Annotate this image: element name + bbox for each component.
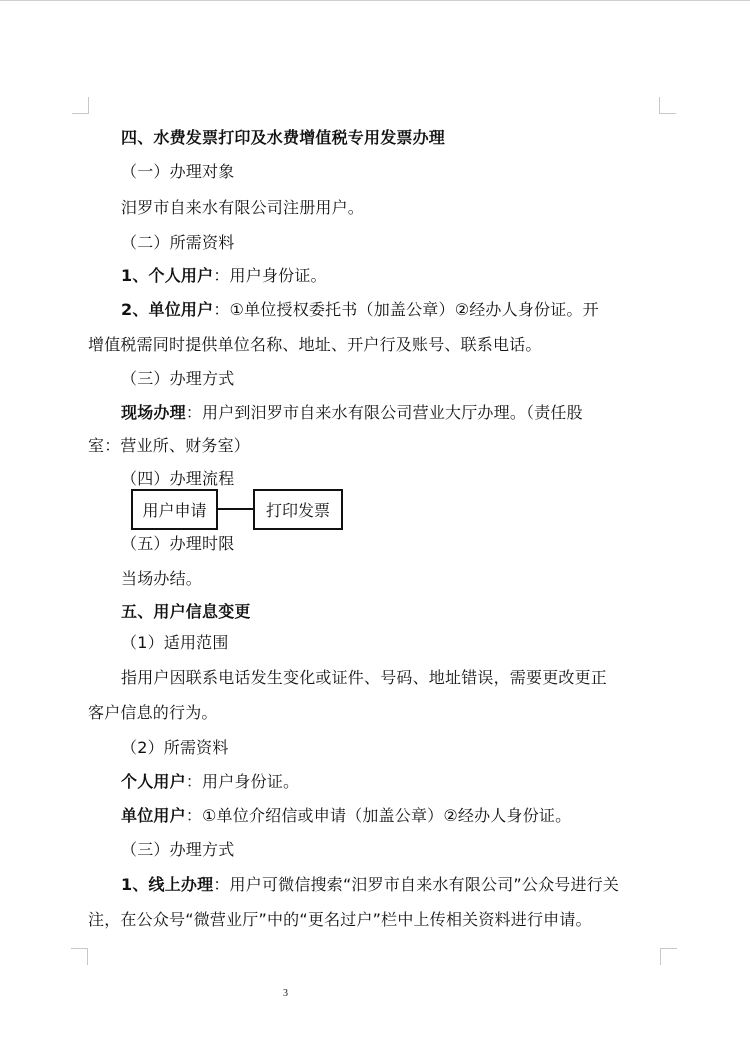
section-5-3-text: 1、线上办理：用户可微信搜索“汨罗市自来水有限公司”公众号进行关	[121, 874, 619, 896]
item-text: ：用户身份证。	[186, 772, 299, 791]
section-4-3-text: 现场办理：用户到汨罗市自来水有限公司营业大厅办理。（责任股	[121, 402, 583, 424]
section-5-2-item-1: 个人用户：用户身份证。	[121, 771, 299, 793]
section-4-2-item-2: 2、单位用户：①单位授权委托书（加盖公章）②经办人身份证。开	[121, 299, 599, 321]
item-text: ：用户身份证。	[213, 266, 326, 285]
item-text: ：①单位授权委托书（加盖公章）②经办人身份证。开	[213, 300, 599, 319]
item-label: 2、单位用户	[121, 300, 213, 319]
margin-corner-mark-top-right	[659, 97, 676, 114]
item-text: ：用户可微信搜索“汨罗市自来水有限公司”公众号进行关	[213, 875, 619, 894]
item-label: 1、线上办理	[121, 875, 213, 894]
section-4-2-item-1: 1、个人用户：用户身份证。	[121, 265, 327, 287]
flow-step-print: 打印发票	[253, 489, 343, 530]
section-4-2-item-2-cont: 增值税需同时提供单位名称、地址、开户行及账号、联系电话。	[88, 334, 542, 356]
section-4-3-heading: （三）办理方式	[121, 368, 234, 390]
section-4-1-heading: （一）办理对象	[121, 161, 234, 183]
section-5-1-text: 指用户因联系电话发生变化或证件、号码、地址错误，需要更改更正	[121, 667, 607, 689]
section-4-5-heading: （五）办理时限	[121, 533, 234, 555]
item-label: 现场办理	[121, 403, 186, 422]
section-5-2-item-2: 单位用户：①单位介绍信或申请（加盖公章）②经办人身份证。	[121, 805, 571, 827]
item-text: ：用户到汨罗市自来水有限公司营业大厅办理。（责任股	[186, 403, 583, 422]
margin-corner-mark-top-left	[72, 97, 89, 114]
section-4-5-text: 当场办结。	[121, 568, 202, 590]
section-5-3-heading: （三）办理方式	[121, 839, 234, 861]
section-4-3-text-cont: 室：营业所、财务室）	[88, 435, 250, 457]
section-4-title: 四、水费发票打印及水费增值税专用发票办理	[121, 127, 445, 149]
item-label: 单位用户	[121, 806, 186, 825]
section-4-1-text: 汨罗市自来水有限公司注册用户。	[121, 197, 364, 219]
section-4-4-heading: （四）办理流程	[121, 468, 234, 490]
section-4-2-heading: （二）所需资料	[121, 232, 234, 254]
section-5-3-text-cont: 注，在公众号“微营业厅”中的“更名过户”栏中上传相关资料进行申请。	[88, 909, 592, 931]
section-5-1-heading: （1）适用范围	[121, 632, 229, 654]
item-label: 个人用户	[121, 772, 186, 791]
page-number: 3	[283, 988, 288, 999]
item-text: ：①单位介绍信或申请（加盖公章）②经办人身份证。	[186, 806, 572, 825]
margin-corner-mark-bottom-right	[660, 948, 677, 965]
page-top-border	[0, 0, 750, 1]
section-5-1-text-cont: 客户信息的行为。	[88, 702, 218, 724]
flow-connector	[218, 508, 253, 510]
section-5-2-heading: （2）所需资料	[121, 737, 229, 759]
item-label: 1、个人用户	[121, 266, 213, 285]
margin-corner-mark-bottom-left	[71, 948, 88, 965]
flow-step-apply: 用户申请	[131, 489, 218, 530]
section-5-title: 五、用户信息变更	[121, 601, 251, 623]
